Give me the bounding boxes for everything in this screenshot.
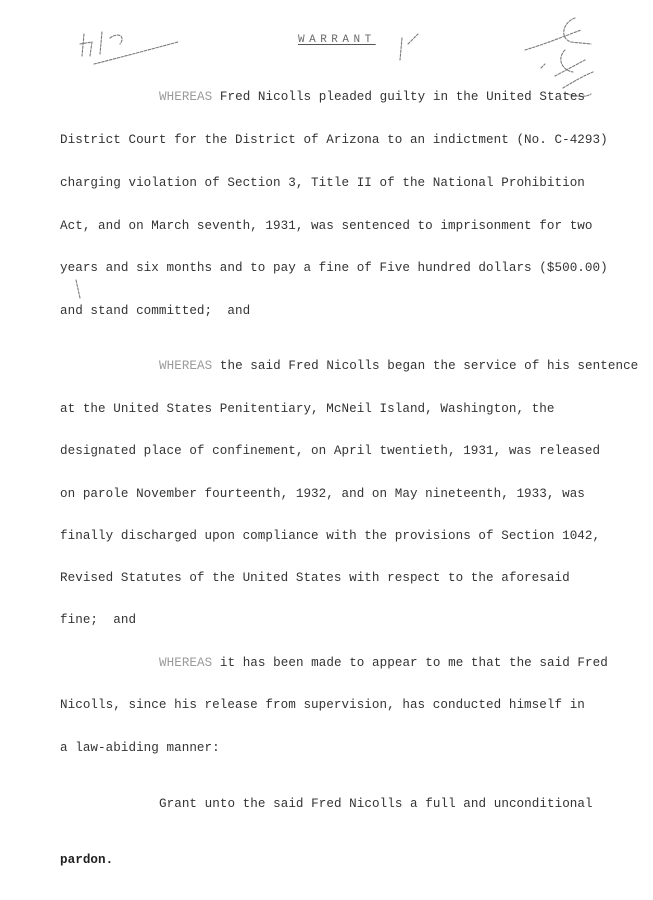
paragraph-3-line-1: WHEREAS it has been made to appear to me… — [159, 656, 608, 670]
handwritten-mark-title — [396, 30, 436, 66]
paragraph-2-line-3: designated place of confinement, on Apri… — [60, 444, 600, 458]
handwritten-annotation-left — [78, 22, 188, 72]
paragraph-3-line-3: a law-abiding manner: — [60, 741, 220, 755]
paragraph-4-line-1: Grant unto the said Fred Nicolls a full … — [159, 797, 593, 811]
paragraph-1-line-3: charging violation of Section 3, Title I… — [60, 176, 585, 190]
whereas-lead: WHEREAS — [159, 656, 212, 670]
paragraph-3-line-2: Nicolls, since his release from supervis… — [60, 698, 585, 712]
margin-mark — [74, 278, 84, 300]
paragraph-2-line-1: WHEREAS the said Fred Nicolls began the … — [159, 359, 638, 373]
paragraph-2-line-2: at the United States Penitentiary, McNei… — [60, 402, 555, 416]
paragraph-2-line-4: on parole November fourteenth, 1932, and… — [60, 487, 585, 501]
paragraph-2-line-6: Revised Statutes of the United States wi… — [60, 571, 570, 585]
paragraph-1-line-6: and stand committed; and — [60, 304, 250, 318]
paragraph-2-line-5: finally discharged upon compliance with … — [60, 529, 600, 543]
paragraph-1-line-5: years and six months and to pay a fine o… — [60, 261, 608, 275]
paragraph-4-line-2: pardon. — [60, 853, 113, 867]
whereas-lead: WHEREAS — [159, 359, 212, 373]
document-title: WARRANT — [298, 34, 376, 46]
paragraph-1-line-2: District Court for the District of Arizo… — [60, 133, 608, 147]
document-page: WARRANT WHEREAS Fred Nicolls pleaded gui… — [0, 0, 653, 900]
paragraph-1-line-4: Act, and on March seventh, 1931, was sen… — [60, 219, 593, 233]
whereas-lead: WHEREAS — [159, 90, 212, 104]
paragraph-2-line-7: fine; and — [60, 613, 136, 627]
paragraph-1-line-1: WHEREAS Fred Nicolls pleaded guilty in t… — [159, 90, 585, 104]
